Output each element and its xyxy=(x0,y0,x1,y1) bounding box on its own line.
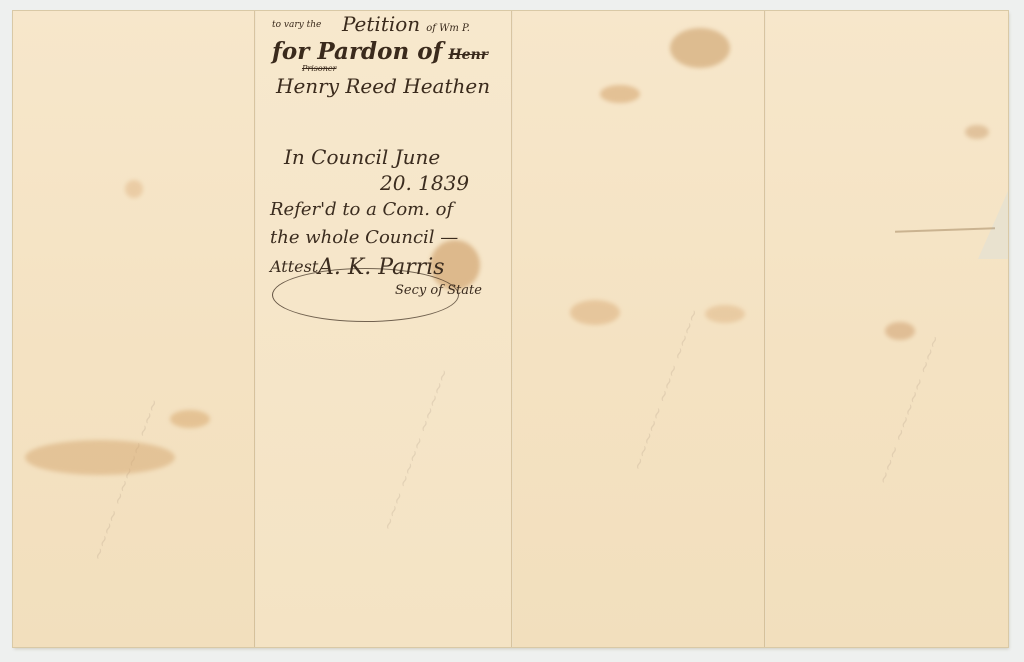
stain xyxy=(670,28,730,68)
stain xyxy=(705,305,745,323)
stain xyxy=(885,322,915,340)
docket-insert-prisoner: Prisoner xyxy=(302,64,336,73)
fold-panel-3 xyxy=(512,11,765,647)
docket-insert-above: to vary the xyxy=(272,20,321,30)
docket-strikeout: Henr xyxy=(448,47,488,63)
stain xyxy=(570,300,620,325)
document-sheet xyxy=(13,11,1008,647)
stain xyxy=(170,410,210,428)
stain xyxy=(125,180,143,198)
stain xyxy=(25,440,175,475)
fold-panel-1 xyxy=(13,11,255,647)
fold-crease-2 xyxy=(511,11,513,647)
fold-panel-2 xyxy=(255,11,512,647)
fold-crease-3 xyxy=(764,11,766,647)
docket-line-2: for Pardon ofHenr xyxy=(272,38,488,65)
docket-line-2-text: for Pardon of xyxy=(272,38,442,65)
endorsement-line-4: the whole Council — xyxy=(270,227,458,248)
fold-crease-1 xyxy=(254,11,256,647)
stain xyxy=(600,85,640,103)
docket-title-suffix: of Wm P. xyxy=(426,23,470,34)
endorsement-line-3: Refer'd to a Com. of xyxy=(270,199,453,220)
stain xyxy=(965,125,989,139)
docket-title: Petitionof Wm P. xyxy=(342,12,470,36)
signature-flourish xyxy=(272,268,459,322)
docket-petitioner-name: Henry Reed Heathen xyxy=(276,74,490,98)
endorsement-date: 20. 1839 xyxy=(380,171,469,195)
endorsement-line-1: In Council June xyxy=(284,145,440,169)
docket-title-word: Petition xyxy=(342,12,420,36)
